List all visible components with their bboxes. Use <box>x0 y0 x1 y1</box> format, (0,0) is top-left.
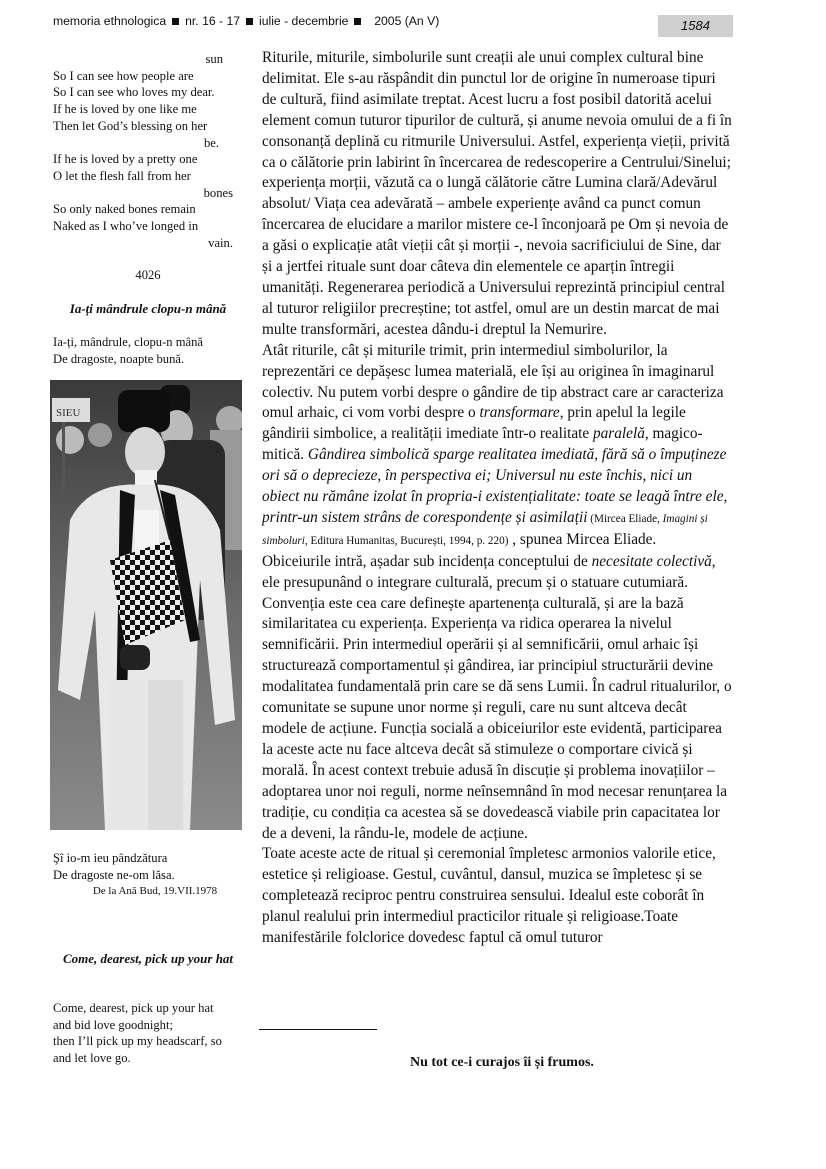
poem-line: So only naked bones remain <box>53 201 243 218</box>
citation: , Editura Humanitas, București, 1994, p.… <box>305 535 509 547</box>
poem-line: Then let God’s blessing on her <box>53 118 243 135</box>
song-title-ro: Ia-ți mândrule clopu-n mână <box>53 300 243 317</box>
journal-name: memoria ethnologica <box>53 14 166 28</box>
poem-line: Come, dearest, pick up your hat <box>53 1000 243 1017</box>
song-en-verse: Come, dearest, pick up your hat and bid … <box>53 1000 243 1067</box>
photo-illustration: SIEU <box>50 380 242 830</box>
paragraph-2: Atât riturile, cât și miturile trimit, p… <box>262 341 732 552</box>
issue-period: iulie - decembrie <box>259 14 348 28</box>
svg-text:SIEU: SIEU <box>56 407 81 419</box>
paragraph-3: Obiceiurile intră, așadar sub incidența … <box>262 552 732 845</box>
italic-term: paralelă <box>593 425 645 442</box>
costume-photo: SIEU <box>50 380 242 830</box>
square-bullet-icon <box>354 18 361 25</box>
poem-line: sun <box>53 51 243 68</box>
issue-number: nr. 16 - 17 <box>185 14 240 28</box>
poem-line: bones <box>53 185 243 202</box>
footnote-divider <box>259 1029 377 1030</box>
square-bullet-icon <box>246 18 253 25</box>
song-source: De la Ană Bud, 19.VII.1978 <box>53 883 243 900</box>
text-run: Obiceiurile intră, așadar sub incidența … <box>262 553 592 570</box>
square-bullet-icon <box>172 18 179 25</box>
poem-line: vain. <box>53 235 243 252</box>
song-ro-verse-1: Ia-ți, mândrule, clopu-n mână De dragost… <box>53 334 243 367</box>
paragraph-4: Toate aceste acte de ritual și ceremonia… <box>262 844 732 949</box>
text-run: , ele presupunând o integrare culturală,… <box>262 553 732 842</box>
poem-line: So I can see who loves my dear. <box>53 84 243 101</box>
issue-year: 2005 (An V) <box>374 14 439 28</box>
poem-line: If he is loved by a pretty one <box>53 151 243 168</box>
paragraph-1: Riturile, miturile, simbolurile sunt cre… <box>262 48 732 341</box>
italic-term: necesitate colectivă <box>592 553 712 570</box>
footnote-proverb: Nu tot ce-i curajos îi și frumos. <box>410 1055 594 1071</box>
poem-line: O let the flesh fall from her <box>53 168 243 185</box>
poem-line: and bid love goodnight; <box>53 1017 243 1034</box>
poem-continuation: sun So I can see how people are So I can… <box>53 51 243 251</box>
poem-line: Naked as I who’ve longed in <box>53 218 243 235</box>
poem-line: If he is loved by one like me <box>53 101 243 118</box>
poem-line: Şî io-m ieu pândzătura <box>53 850 243 867</box>
poem-line: So I can see how people are <box>53 68 243 85</box>
poem-line: be. <box>53 135 243 152</box>
page-number: 1584 <box>658 15 733 37</box>
citation: (Mircea Eliade, <box>587 513 662 525</box>
article-body: Riturile, miturile, simbolurile sunt cre… <box>262 48 732 949</box>
poem-line: Ia-ți, mândrule, clopu-n mână <box>53 334 243 351</box>
poem-line: De dragoste ne-om lăsa. <box>53 867 243 884</box>
poem-line: and let love go. <box>53 1050 243 1067</box>
italic-term: transformare <box>480 404 560 421</box>
poem-line: De dragoste, noapte bună. <box>53 351 243 368</box>
text-run: , spunea Mircea Eliade. <box>508 531 656 548</box>
song-ro-verse-2: Şî io-m ieu pândzătura De dragoste ne-om… <box>53 850 243 900</box>
song-number: 4026 <box>53 267 243 284</box>
song-title-en: Come, dearest, pick up your hat <box>53 950 243 967</box>
poem-line: then I’ll pick up my headscarf, so <box>53 1033 243 1050</box>
running-header: memoria ethnologicanr. 16 - 17iulie - de… <box>53 14 439 28</box>
